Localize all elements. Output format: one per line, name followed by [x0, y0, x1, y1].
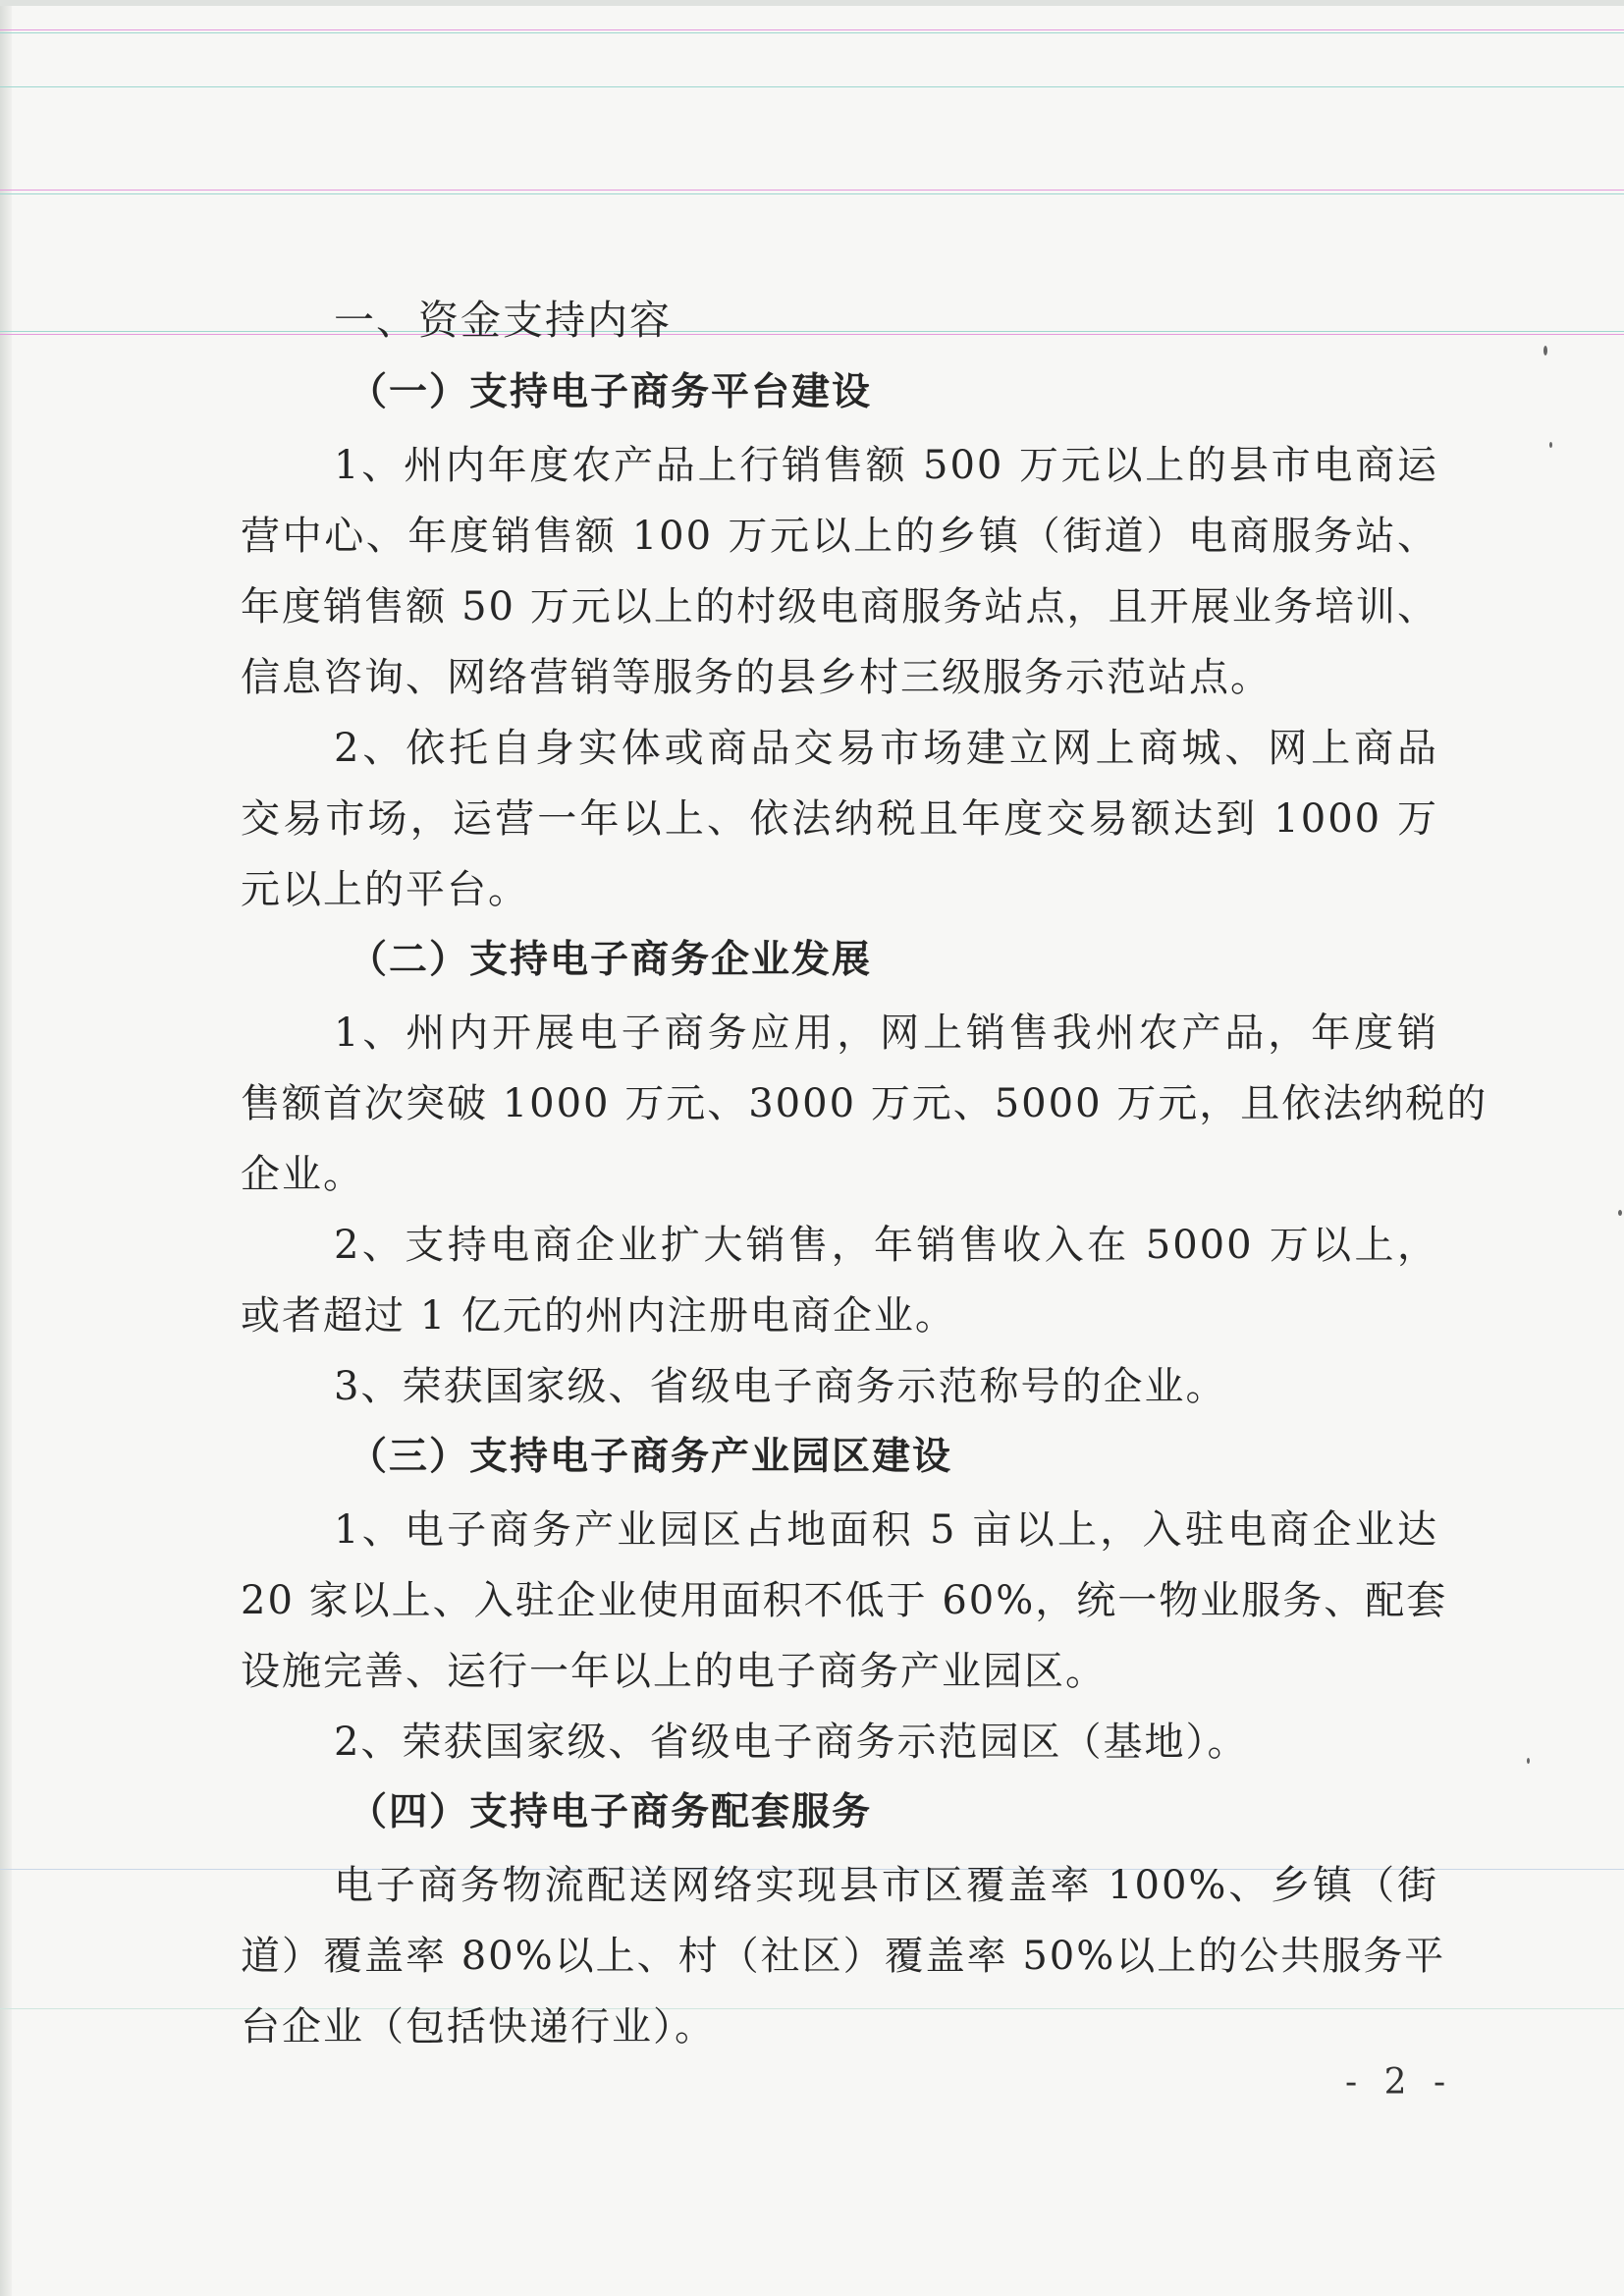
paragraph-line: 营中心、年度销售额 100 万元以上的乡镇（街道）电商服务站、 — [241, 513, 1438, 560]
paragraph-line: 1、电子商务产业园区占地面积 5 亩以上，入驻电商企业达 — [334, 1506, 1438, 1554]
document-page: 一、资金支持内容 （一）支持电子商务平台建设 1、州内年度农产品上行销售额 50… — [0, 0, 1624, 2296]
paragraph-line: 台企业（包括快递行业）。 — [241, 2003, 1438, 2050]
paragraph-line: 或者超过 1 亿元的州内注册电商企业。 — [241, 1292, 1438, 1339]
subsection-heading-2: （二）支持电子商务企业发展 — [349, 937, 1546, 984]
paragraph-line: 3、荣获国家级、省级电子商务示范称号的企业。 — [334, 1363, 1438, 1410]
paragraph-line: 售额首次突破 1000 万元、3000 万元、5000 万元，且依法纳税的 — [241, 1080, 1438, 1127]
paragraph-line: 企业。 — [241, 1151, 1438, 1198]
subsection-heading-3: （三）支持电子商务产业园区建设 — [349, 1434, 1546, 1481]
paragraph-line: 道）覆盖率 80%以上、村（社区）覆盖率 50%以上的公共服务平 — [241, 1933, 1438, 1980]
paragraph-line: 元以上的平台。 — [241, 866, 1438, 913]
paragraph-line: 2、荣获国家级、省级电子商务示范园区（基地）。 — [334, 1719, 1438, 1766]
paragraph-line: 20 家以上、入驻企业使用面积不低于 60%，统一物业服务、配套 — [241, 1577, 1438, 1624]
paragraph-line: 2、依托自身实体或商品交易市场建立网上商城、网上商品 — [334, 725, 1438, 772]
subsection-heading-1: （一）支持电子商务平台建设 — [349, 369, 1546, 416]
paragraph-line: 交易市场，运营一年以上、依法纳税且年度交易额达到 1000 万 — [241, 795, 1438, 843]
paragraph-line: 1、州内开展电子商务应用，网上销售我州农产品，年度销 — [334, 1010, 1438, 1057]
paragraph-line: 信息咨询、网络营销等服务的县乡村三级服务示范站点。 — [241, 654, 1438, 701]
page-number: - 2 - — [1345, 2062, 1453, 2103]
paragraph-line: 2、支持电商企业扩大销售，年销售收入在 5000 万以上， — [334, 1222, 1438, 1269]
paragraph-line: 设施完善、运行一年以上的电子商务产业园区。 — [241, 1648, 1438, 1695]
paragraph-line: 电子商务物流配送网络实现县市区覆盖率 100%、乡镇（街 — [334, 1862, 1438, 1909]
subsection-heading-4: （四）支持电子商务配套服务 — [349, 1789, 1546, 1836]
paragraph-line: 1、州内年度农产品上行销售额 500 万元以上的县市电商运 — [334, 442, 1438, 489]
section-title: 一、资金支持内容 — [334, 297, 1532, 344]
paragraph-line: 年度销售额 50 万元以上的村级电商服务站点，且开展业务培训、 — [241, 583, 1438, 630]
